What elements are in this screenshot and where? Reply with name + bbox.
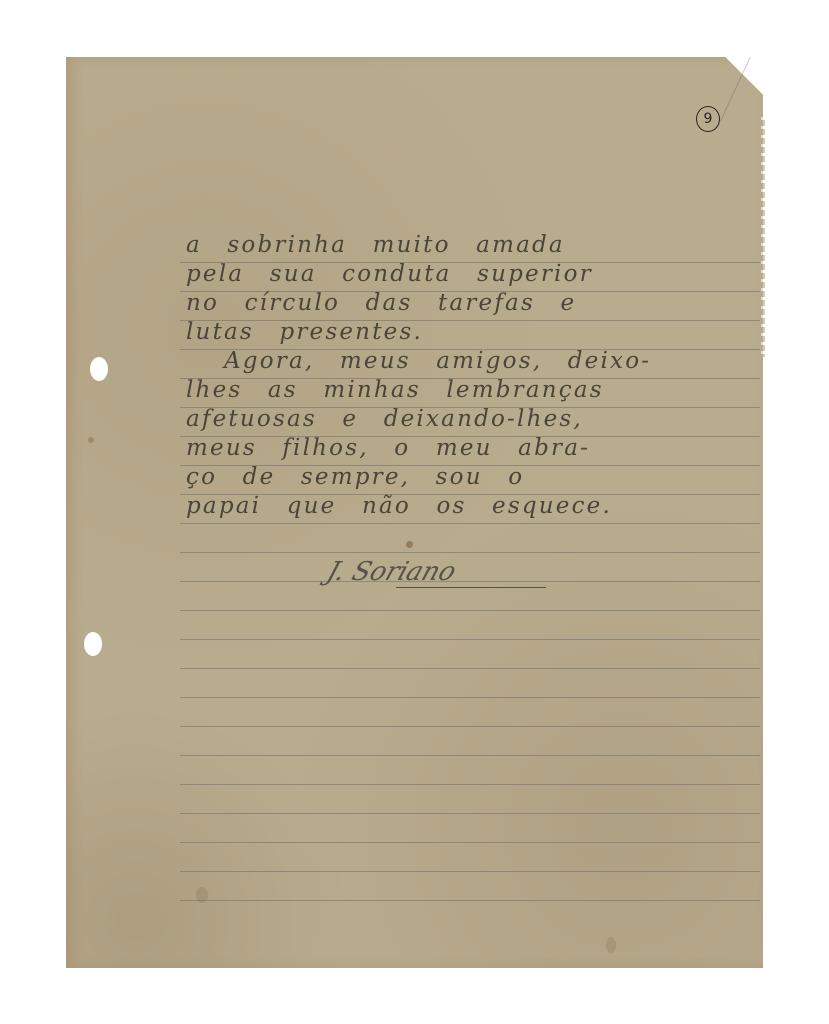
signature: J. Soriano [323, 557, 460, 587]
letter-line: lutas presentes. [186, 318, 766, 347]
letter-line: Agora, meus amigos, deixo- [186, 347, 766, 376]
letter-line: pela sua conduta superior [186, 260, 766, 289]
punch-hole-bottom [84, 632, 102, 656]
letter-line: no círculo das tarefas e [186, 289, 766, 318]
signature-underline [396, 587, 546, 588]
letter-line: meus filhos, o meu abra- [186, 434, 766, 463]
letter-page: 9 a sobrinha muito amada pela sua condut… [66, 57, 763, 968]
punch-hole-top [90, 357, 108, 381]
letter-line: a sobrinha muito amada [186, 231, 766, 260]
letter-line: ço de sempre, sou o [186, 463, 766, 492]
letter-line: papai que não os esquece. [186, 492, 766, 521]
page-number-circled: 9 [696, 106, 720, 132]
paper-stain [88, 437, 94, 443]
letter-line: lhes as minhas lembranças [186, 376, 766, 405]
letter-line: afetuosas e deixando-lhes, [186, 405, 766, 434]
paper-stain [606, 937, 616, 953]
letter-body: a sobrinha muito amada pela sua conduta … [186, 231, 766, 521]
